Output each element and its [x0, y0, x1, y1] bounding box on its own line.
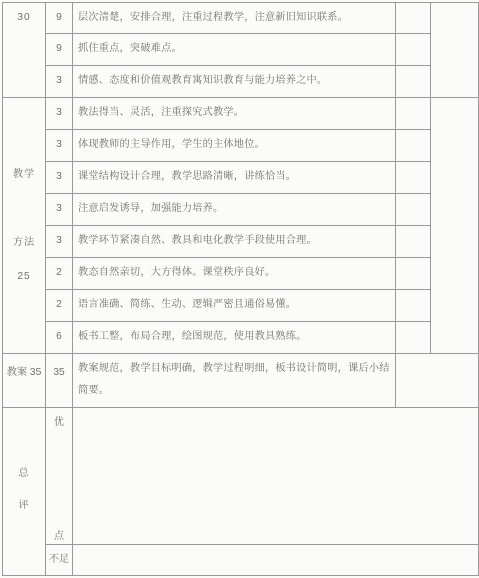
table-row: 30 9 层次清楚，安排合理，注重过程教学，注意新旧知识联系。 — [3, 3, 479, 34]
criteria-cell: 抓住重点，突破难点。 — [73, 34, 396, 66]
criteria-cell: 教态自然亲切，大方得体。课堂秩序良好。 — [73, 258, 396, 290]
points-cell: 3 — [46, 194, 73, 226]
category-label-line: 25 — [17, 270, 30, 284]
points-cell: 3 — [46, 162, 73, 194]
score-entry-cell — [396, 34, 431, 66]
table-row: 总 评 优 点 — [3, 408, 479, 545]
criteria-cell: 语言准确、简练、生动、逻辑严密且通俗易懂。 — [73, 290, 396, 322]
table-row: 3 情感、态度和价值观教育寓知识教育与能力培养之中。 — [3, 66, 479, 98]
weaknesses-comment-cell — [73, 545, 479, 576]
points-cell: 35 — [46, 354, 73, 408]
category-label-summary: 总 评 — [3, 408, 46, 576]
score-entry-cell — [396, 3, 431, 34]
table-row: 3 教学环节紧凑自然、教具和电化教学手段使用合理。 — [3, 226, 479, 258]
criteria-cell: 注意启发诱导，加强能力培养。 — [73, 194, 396, 226]
criteria-cell: 教案规范，教学目标明确，教学过程明细，板书设计简明，课后小结简要。 — [73, 354, 396, 408]
score-entry-cell — [396, 290, 431, 322]
points-cell: 3 — [46, 226, 73, 258]
table-row: 3 体现教师的主导作用，学生的主体地位。 — [3, 130, 479, 162]
table-row: 不足 — [3, 545, 479, 576]
points-cell: 2 — [46, 290, 73, 322]
table-row: 3 注意启发诱导，加强能力培养。 — [3, 194, 479, 226]
teaching-evaluation-table: 30 9 层次清楚，安排合理，注重过程教学，注意新旧知识联系。 9 抓住重点，突… — [2, 2, 479, 576]
evaluation-form-page: 30 9 层次清楚，安排合理，注重过程教学，注意新旧知识联系。 9 抓住重点，突… — [0, 0, 479, 578]
category-label-plan: 教案 35 — [3, 354, 46, 408]
table-row: 9 抓住重点，突破难点。 — [3, 34, 479, 66]
score-entry-cell — [396, 130, 431, 162]
score-entry-cell — [396, 162, 431, 194]
strengths-label-bottom: 点 — [54, 530, 64, 544]
table-row: 教案 35 35 教案规范，教学目标明确，教学过程明细，板书设计简明，课后小结简… — [3, 354, 479, 408]
points-cell: 9 — [46, 34, 73, 66]
section-score-cell — [431, 3, 479, 98]
table-row: 2 教态自然亲切，大方得体。课堂秩序良好。 — [3, 258, 479, 290]
section-score-cell — [431, 98, 479, 354]
points-cell: 2 — [46, 258, 73, 290]
category-label-line: 总 — [18, 467, 29, 481]
points-cell: 3 — [46, 130, 73, 162]
category-label-line: 教学 — [13, 168, 35, 182]
table-row: 教学 方法 25 3 教法得当、灵活，注重探究式教学。 — [3, 98, 479, 130]
table-row: 6 板书工整，布局合理，绘图规范，使用教具熟练。 — [3, 322, 479, 354]
criteria-cell: 板书工整，布局合理，绘图规范，使用教具熟练。 — [73, 322, 396, 354]
score-entry-cell — [396, 258, 431, 290]
points-cell: 6 — [46, 322, 73, 354]
points-cell: 9 — [46, 3, 73, 34]
criteria-cell: 教学环节紧凑自然、教具和电化教学手段使用合理。 — [73, 226, 396, 258]
strengths-label-top: 优 — [54, 416, 64, 430]
weaknesses-label-cell: 不足 — [46, 545, 73, 576]
score-entry-cell — [396, 66, 431, 98]
criteria-cell: 课堂结构设计合理，教学思路清晰，讲练恰当。 — [73, 162, 396, 194]
table-row: 3 课堂结构设计合理，教学思路清晰，讲练恰当。 — [3, 162, 479, 194]
table-row: 2 语言准确、简练、生动、逻辑严密且通俗易懂。 — [3, 290, 479, 322]
criteria-cell: 教法得当、灵活，注重探究式教学。 — [73, 98, 396, 130]
strengths-comment-cell — [73, 408, 479, 545]
criteria-cell: 情感、态度和价值观教育寓知识教育与能力培养之中。 — [73, 66, 396, 98]
score-entry-cell — [396, 322, 431, 354]
score-entry-cell — [396, 354, 479, 408]
category-label-content: 30 — [3, 3, 46, 98]
criteria-cell: 层次清楚，安排合理，注重过程教学，注意新旧知识联系。 — [73, 3, 396, 34]
category-label-line: 方法 — [13, 236, 35, 250]
category-label-method: 教学 方法 25 — [3, 98, 46, 354]
category-label-line: 评 — [18, 499, 29, 513]
score-entry-cell — [396, 98, 431, 130]
score-entry-cell — [396, 226, 431, 258]
score-entry-cell — [396, 194, 431, 226]
criteria-cell: 体现教师的主导作用，学生的主体地位。 — [73, 130, 396, 162]
points-cell: 3 — [46, 66, 73, 98]
strengths-label-cell: 优 点 — [46, 408, 73, 545]
points-cell: 3 — [46, 98, 73, 130]
